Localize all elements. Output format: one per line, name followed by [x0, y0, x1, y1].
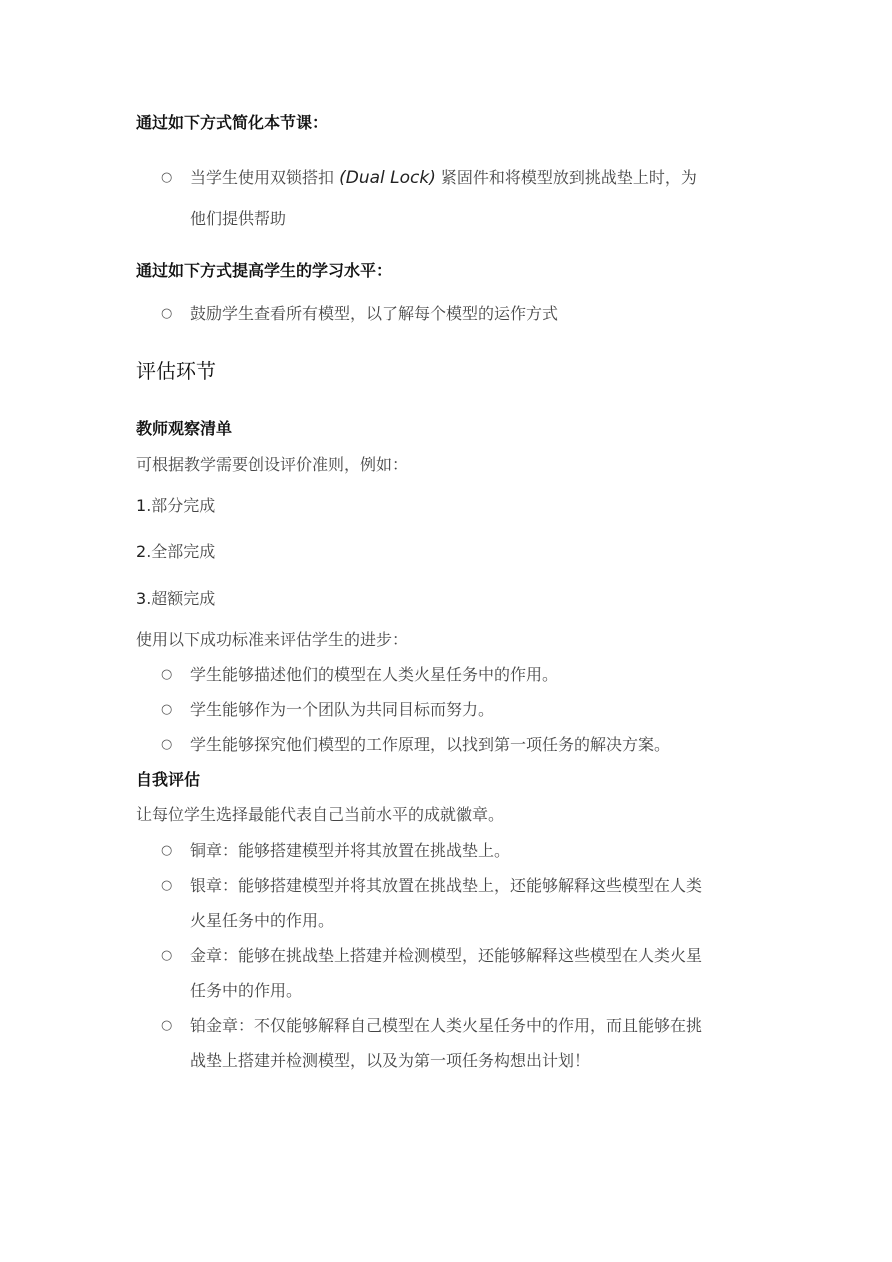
observation-intro: 可根据教学需要创设评价准则，例如： — [136, 452, 408, 475]
bullet-icon: ○ — [161, 948, 172, 963]
list-item: 学生能够探究他们模型的工作原理，以找到第一项任务的解决方案。 — [190, 732, 670, 755]
level-number: 3 — [136, 589, 146, 608]
bullet-icon: ○ — [161, 170, 172, 185]
criteria-intro: 使用以下成功标准来评估学生的进步： — [136, 627, 408, 650]
list-item-text: 紧固件和将模型放到挑战垫上时，为 — [436, 168, 697, 187]
self-assessment-intro: 让每位学生选择最能代表自己当前水平的成就徽章。 — [136, 802, 504, 825]
badge-gold-continuation: 任务中的作用。 — [190, 978, 302, 1001]
self-assessment-title: 自我评估 — [136, 767, 200, 790]
badge-silver: 银章：能够搭建模型并将其放置在挑战垫上，还能够解释这些模型在人类 — [190, 873, 702, 896]
bullet-icon: ○ — [161, 306, 172, 321]
badge-platinum: 铂金章：不仅能够解释自己模型在人类火星任务中的作用，而且能够在挑 — [190, 1013, 702, 1036]
section-title: 评估环节 — [136, 355, 216, 384]
list-item: 鼓励学生查看所有模型，以了解每个模型的运作方式 — [190, 301, 558, 324]
bullet-icon: ○ — [161, 702, 172, 717]
list-item: 当学生使用双锁搭扣 (Dual Lock) 紧固件和将模型放到挑战垫上时，为 — [190, 165, 697, 188]
extend-heading: 通过如下方式提高学生的学习水平： — [136, 258, 392, 281]
bullet-icon: ○ — [161, 878, 172, 893]
badge-gold: 金章：能够在挑战垫上搭建并检测模型，还能够解释这些模型在人类火星 — [190, 943, 702, 966]
list-item: 学生能够作为一个团队为共同目标而努力。 — [190, 697, 494, 720]
bullet-icon: ○ — [161, 737, 172, 752]
bullet-icon: ○ — [161, 1018, 172, 1033]
level-item: 2.全部完成 — [136, 539, 215, 562]
dual-lock-term: (Dual Lock) — [339, 168, 436, 188]
list-item: 学生能够描述他们的模型在人类火星任务中的作用。 — [190, 662, 558, 685]
level-item: 1.部分完成 — [136, 493, 215, 516]
level-item: 3.超额完成 — [136, 586, 215, 609]
level-text: 超额完成 — [151, 589, 215, 608]
badge-silver-continuation: 火星任务中的作用。 — [190, 908, 334, 931]
level-number: 1 — [136, 496, 146, 515]
simplify-heading: 通过如下方式简化本节课： — [136, 110, 328, 133]
level-text: 全部完成 — [151, 542, 215, 561]
badge-platinum-continuation: 战垫上搭建并检测模型，以及为第一项任务构想出计划！ — [190, 1048, 590, 1071]
document-page: 通过如下方式简化本节课： ○ 当学生使用双锁搭扣 (Dual Lock) 紧固件… — [0, 0, 892, 1262]
list-item-continuation: 他们提供帮助 — [190, 206, 286, 229]
bullet-icon: ○ — [161, 843, 172, 858]
badge-bronze: 铜章：能够搭建模型并将其放置在挑战垫上。 — [190, 838, 510, 861]
observation-title: 教师观察清单 — [136, 416, 232, 439]
level-number: 2 — [136, 542, 146, 561]
level-text: 部分完成 — [151, 496, 215, 515]
bullet-icon: ○ — [161, 667, 172, 682]
list-item-text: 当学生使用双锁搭扣 — [190, 168, 339, 187]
